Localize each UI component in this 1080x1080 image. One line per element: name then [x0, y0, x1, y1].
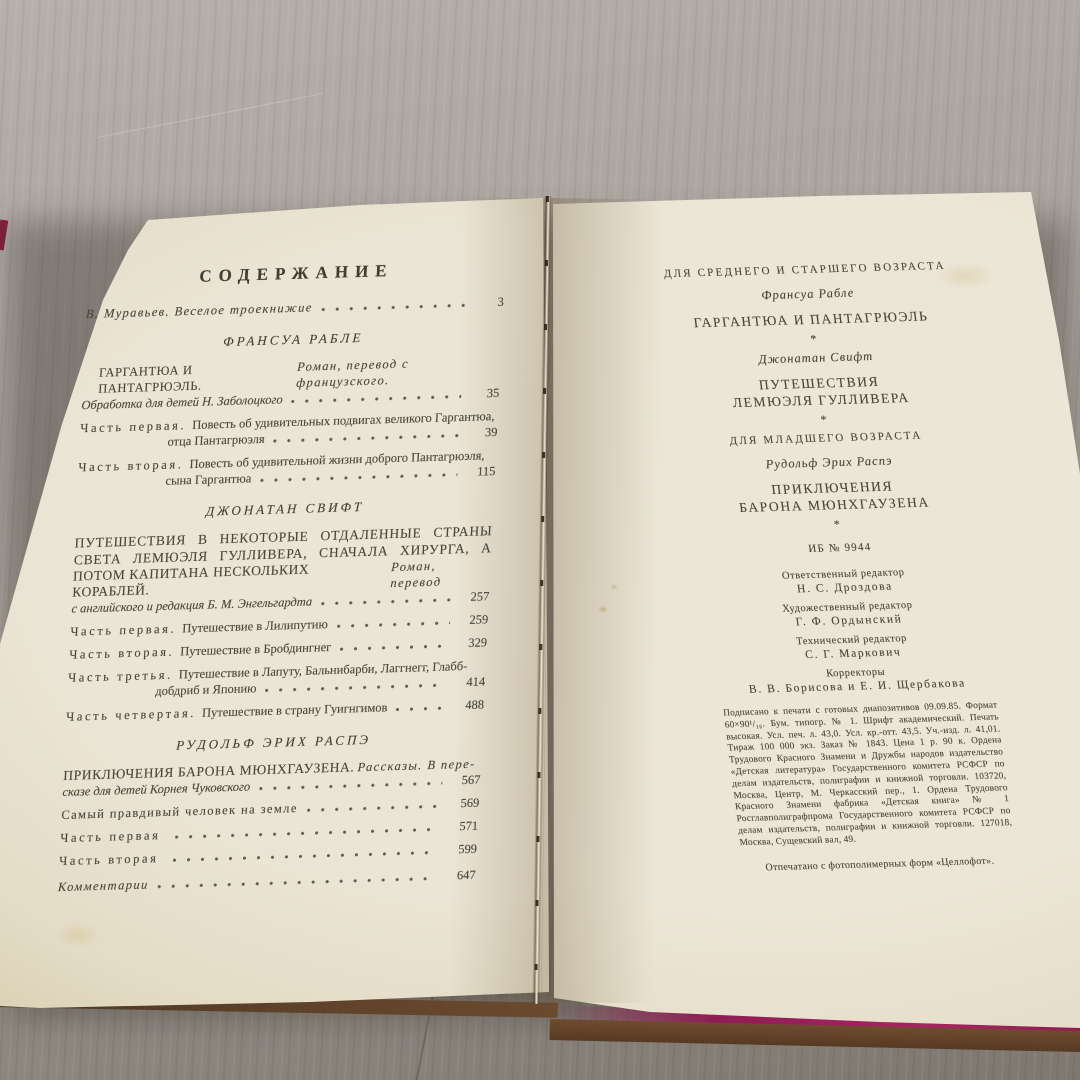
toc-entry: ПУТЕШЕСТВИЯ В НЕКОТОРЫЕ ОТДАЛЕННЫЕ СТРАН… — [71, 522, 493, 617]
toc-entry: ПРИКЛЮЧЕНИЯ БАРОНА МЮНХГАУЗЕНА. Рассказы… — [62, 756, 481, 800]
leader-dots — [339, 643, 449, 651]
table-scratch — [97, 93, 323, 138]
toc-entry: Часть четвертая. Путешествие в страну Гу… — [66, 696, 485, 724]
toc-entry: Часть вторая. Повесть об удивительной жи… — [77, 447, 496, 491]
part-label: Часть вторая. — [69, 644, 175, 663]
toc-entry: Часть третья. Путешествие в Лапуту, Баль… — [67, 657, 486, 701]
toc-entry: ГАРГАНТЮА И ПАНТАГРЮЭЛЬ. Роман, перевод … — [81, 353, 501, 413]
section-heading: ФРАНСУА РАБЛЕ — [84, 326, 503, 354]
part-label: Часть четвертая. — [66, 705, 197, 725]
toc-entry: Часть вторая 599 — [59, 841, 478, 869]
open-book: СОДЕРЖАНИЕ В. Муравьев. Веселое троекниж… — [0, 192, 1080, 1080]
table-surface: СОДЕРЖАНИЕ В. Муравьев. Веселое троекниж… — [0, 0, 1080, 1080]
staff-entry: Ответственный редактор Н. С. Дроздова — [647, 563, 1042, 600]
page-number: 571 — [448, 818, 479, 835]
age-group-label: ДЛЯ МЛАДШЕГО ВОЗРАСТА — [629, 427, 1022, 451]
leader-dots — [395, 706, 446, 713]
author-name: Джонатан Свифт — [619, 345, 1013, 372]
toc-entry-cont: добдриб и Японию — [155, 680, 257, 699]
imprint-block: Подписано к печати с готовых диапозитиво… — [723, 700, 1015, 849]
toc-entry-text: Путешествие в страну Гуигнгимов — [202, 699, 388, 721]
page-number: 115 — [465, 463, 496, 480]
leader-dots — [336, 620, 451, 628]
section-heading: РУДОЛЬФ ЭРИХ РАСПЭ — [64, 728, 483, 756]
page-number: 569 — [449, 795, 480, 812]
section-heading: ДЖОНАТАН СВИФТ — [76, 495, 495, 523]
leader-dots — [258, 781, 442, 791]
toc-entry: Комментарии 647 — [58, 867, 477, 895]
leader-dots — [157, 876, 438, 889]
toc-entry-text: В. Муравьев. Веселое троекнижие — [86, 299, 314, 322]
page-stain — [55, 922, 101, 948]
ib-number: ИБ № 9944 — [643, 536, 1036, 560]
toc-entry: Часть первая. Повесть об удивительных по… — [79, 408, 498, 452]
page-number: 35 — [469, 385, 500, 402]
toc-entry-text: Часть вторая — [59, 850, 159, 869]
page-number: 647 — [445, 867, 476, 884]
page-number: 259 — [458, 611, 489, 628]
staff-entry: Корректоры В. В. Борисова и Е. И. Щербак… — [659, 662, 1054, 699]
leader-dots — [259, 472, 457, 483]
toc-entry-text: Путешествие в Лилипутию — [182, 616, 328, 636]
page-number: 257 — [459, 588, 490, 605]
leader-dots — [172, 850, 439, 863]
leader-dots — [320, 597, 451, 606]
page-number: 39 — [467, 424, 498, 441]
work-subtitle: Роман, перевод — [390, 556, 491, 591]
leader-dots — [272, 433, 459, 444]
staff-entry: Художественный редактор Г. Ф. Ордынский — [651, 596, 1046, 633]
page-number: 3 — [473, 294, 504, 311]
colophon-content: ДЛЯ СРЕДНЕГО И СТАРШЕГО ВОЗРАСТА Франсуа… — [608, 258, 1076, 875]
toc-entry-text: Часть первая — [60, 827, 161, 846]
page-number: 488 — [454, 696, 485, 713]
page-number: 567 — [450, 772, 481, 789]
staff-entry: Технический редактор С. Г. Маркович — [655, 629, 1050, 666]
page-number: 329 — [457, 634, 488, 651]
page-number: 414 — [455, 673, 486, 690]
toc-entry-text: Самый правдивый человек на земле — [61, 800, 298, 823]
leader-dots — [264, 683, 447, 693]
toc-entry-text: Путешествие в Бробдингнег — [180, 639, 332, 660]
page-number: 599 — [447, 841, 478, 858]
leader-dots — [320, 303, 465, 312]
leader-dots — [290, 394, 461, 404]
toc-entry-cont: отца Пантагрюэля — [167, 431, 265, 450]
leader-dots — [174, 827, 440, 840]
toc-entry-cont: сына Гаргантюа — [165, 470, 251, 489]
part-label: Часть первая. — [70, 621, 177, 640]
toc-entry: В. Муравьев. Веселое троекнижие 3 — [86, 294, 505, 322]
author-name: Рудольф Эрих Распэ — [632, 450, 1026, 477]
author-name: Франсуа Рабле — [611, 281, 1005, 308]
toc-entry-text: Комментарии — [58, 876, 150, 895]
leader-dots — [306, 804, 442, 813]
toc-content: СОДЕРЖАНИЕ В. Муравьев. Веселое троекниж… — [57, 260, 506, 903]
